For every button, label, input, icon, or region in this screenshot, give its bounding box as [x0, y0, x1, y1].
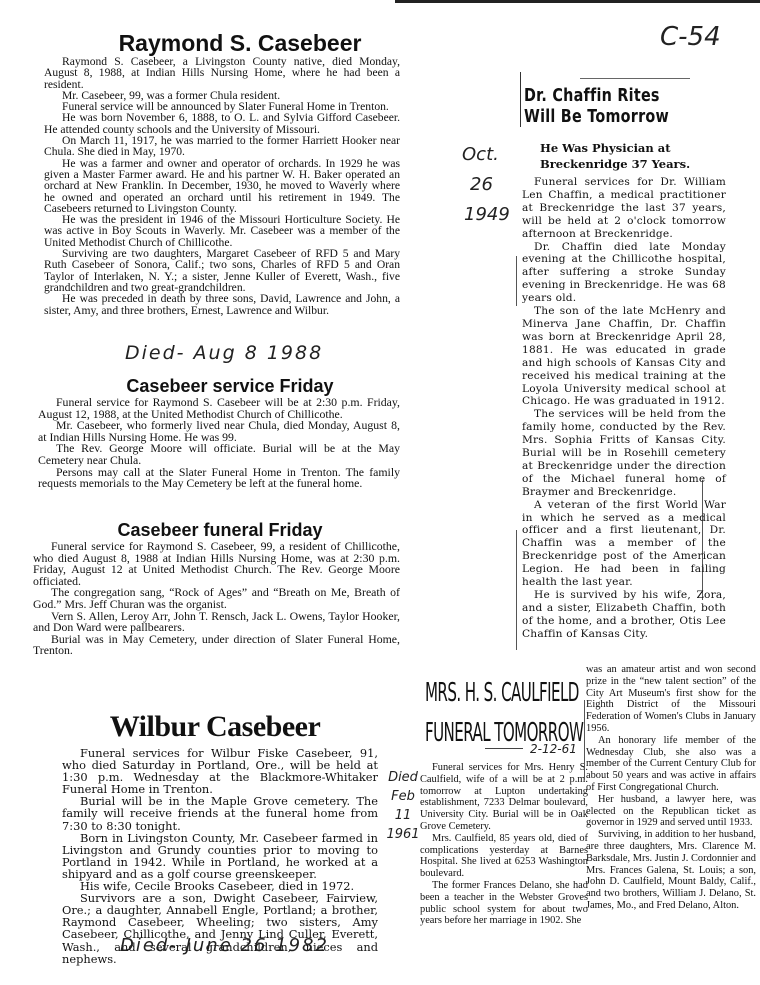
column-rule — [516, 530, 517, 650]
handwritten-line: Died — [383, 768, 423, 787]
headline-rule — [580, 78, 690, 79]
subheadline-line: He Was Physician at — [540, 140, 730, 156]
paragraph: Funeral services for Wilbur Fiske Casebe… — [62, 747, 378, 795]
subheadline-line: Breckenridge 37 Years. — [540, 156, 730, 172]
chaffin-obit-body: Funeral services for Dr. William Len Cha… — [522, 176, 726, 641]
column-rule — [584, 700, 585, 780]
paragraph: Funeral service for Raymond S. Casebeer,… — [33, 541, 400, 587]
raymond-obit-body: Raymond S. Casebeer, a Livingston County… — [44, 56, 400, 316]
chaffin-date-handwritten: Oct. 26 1949 — [462, 140, 510, 230]
scan-edge-bar — [395, 0, 760, 3]
funeral-friday-body: Funeral service for Raymond S. Casebeer,… — [33, 541, 400, 657]
caulfield-death-date-handwritten: Died Feb 11 1961 — [383, 768, 423, 844]
handwritten-line: 26 — [462, 170, 510, 200]
paragraph: Dr. Chaffin died late Monday evening at … — [522, 241, 726, 306]
page-code-handwritten: C-54 — [660, 22, 721, 52]
paragraph: He was the president in 1946 of the Miss… — [44, 214, 400, 248]
caulfield-obit-body-right: was an amateur artist and won second pri… — [586, 664, 756, 912]
paragraph: An honorary life member of the Wednesday… — [586, 735, 756, 794]
funeral-friday-headline: Casebeer funeral Friday — [100, 520, 340, 541]
paragraph: was an amateur artist and won second pri… — [586, 664, 756, 735]
column-rule — [516, 256, 517, 306]
caulfield-obit-headline: MRS. H. S. CAULFIELD FUNERAL TOMORROW — [425, 673, 564, 753]
service-friday-headline: Casebeer service Friday — [110, 376, 350, 397]
paragraph: Burial was in May Cemetery, under direct… — [33, 634, 400, 657]
paragraph: Funeral service for Raymond S. Casebeer … — [38, 397, 400, 420]
handwritten-line: Feb — [383, 787, 423, 806]
wilbur-death-date-handwritten: Died- June 26 1982 — [120, 935, 329, 956]
handwritten-line: 1949 — [462, 200, 510, 230]
paragraph: A veteran of the first World War in whic… — [522, 499, 726, 589]
paragraph: The former Frances Delano, she had been … — [420, 880, 588, 927]
chaffin-obit-headline: Dr. Chaffin Rites Will Be Tomorrow — [524, 86, 672, 128]
paragraph: He was born November 6, 1888, to O. L. a… — [44, 112, 400, 135]
paragraph: Persons may call at the Slater Funeral H… — [38, 467, 400, 490]
paragraph: The congregation sang, “Rock of Ages” an… — [33, 587, 400, 610]
headline-rule — [485, 748, 523, 749]
raymond-obit-headline: Raymond S. Casebeer — [95, 30, 385, 57]
wilbur-obit-body: Funeral services for Wilbur Fiske Casebe… — [62, 747, 378, 965]
paragraph: Surviving are two daughters, Margaret Ca… — [44, 248, 400, 293]
paragraph: Born in Livingston County, Mr. Casebeer … — [62, 832, 378, 880]
handwritten-line: 11 — [383, 806, 423, 825]
paragraph: Funeral services for Mrs. Henry S. Caulf… — [420, 762, 588, 833]
paragraph: On March 11, 1917, he was married to the… — [44, 135, 400, 158]
paragraph: Her husband, a lawyer here, was elected … — [586, 794, 756, 829]
raymond-death-date-handwritten: Died- Aug 8 1988 — [125, 342, 323, 364]
handwritten-line: Oct. — [462, 140, 510, 170]
paragraph: He is survived by his wife, Zora, and a … — [522, 589, 726, 641]
headline-line: Will Be Tomorrow — [524, 107, 672, 128]
paragraph: Mrs. Caulfield, 85 years old, died of co… — [420, 833, 588, 880]
paragraph: Mr. Casebeer, who formerly lived near Ch… — [38, 420, 400, 443]
paragraph: The Rev. George Moore will officiate. Bu… — [38, 443, 400, 466]
chaffin-obit-subheadline: He Was Physician at Breckenridge 37 Year… — [540, 140, 730, 172]
paragraph: The services will be held from the famil… — [522, 408, 726, 498]
paragraph: He was preceded in death by three sons, … — [44, 293, 400, 316]
paragraph: Raymond S. Casebeer, a Livingston County… — [44, 56, 400, 90]
service-friday-body: Funeral service for Raymond S. Casebeer … — [38, 397, 400, 490]
paragraph: Surviving, in addition to her husband, a… — [586, 829, 756, 912]
headline-line: Dr. Chaffin Rites — [524, 86, 672, 107]
handwritten-line: 1961 — [383, 825, 423, 844]
paragraph: The son of the late McHenry and Minerva … — [522, 305, 726, 408]
headline-line: MRS. H. S. CAULFIELD — [425, 673, 564, 713]
column-rule — [520, 72, 521, 127]
wilbur-obit-headline: Wilbur Casebeer — [95, 710, 335, 744]
paragraph: Vern S. Allen, Leroy Arr, John T. Rensch… — [33, 611, 400, 634]
paragraph: Burial will be in the Maple Grove cemete… — [62, 795, 378, 831]
caulfield-obit-body-left: Funeral services for Mrs. Henry S. Caulf… — [420, 762, 588, 927]
paragraph: Funeral services for Dr. William Len Cha… — [522, 176, 726, 241]
paragraph: He was a farmer and owner and operator o… — [44, 158, 400, 214]
caulfield-clipping-date-handwritten: 2-12-61 — [530, 742, 577, 756]
